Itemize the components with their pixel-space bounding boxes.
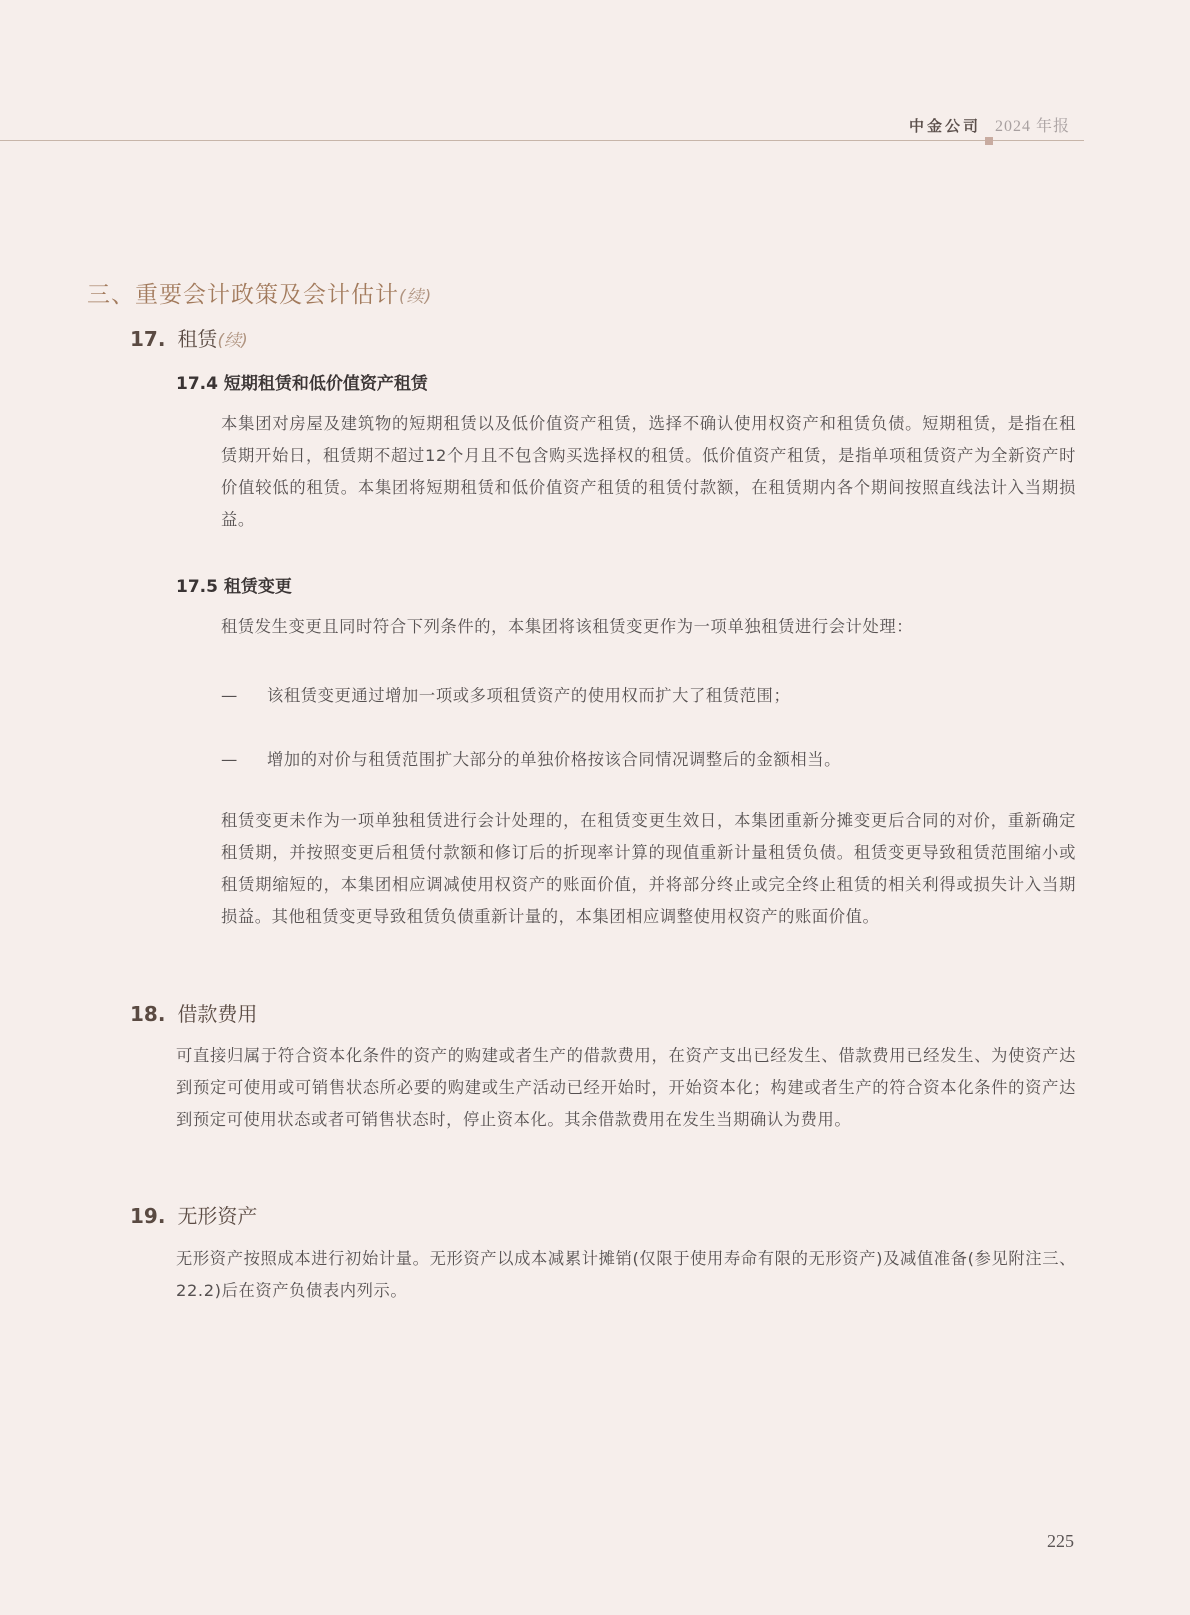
page-number: 225 (1047, 1531, 1074, 1552)
header-company: 中金公司 (909, 117, 981, 135)
item-heading-17: 17.租赁(续) (130, 323, 248, 352)
bullet-item: —该租赁变更通过增加一项或多项租赁资产的使用权而扩大了租赁范围； (221, 682, 790, 706)
paragraph-17-5-closing: 租赁变更未作为一项单独租赁进行会计处理的，在租赁变更生效日，本集团重新分摊变更后… (221, 805, 1076, 933)
item-number: 18. (130, 1002, 165, 1026)
bullet-text: 该租赁变更通过增加一项或多项租赁资产的使用权而扩大了租赁范围； (267, 686, 790, 705)
item-heading-19: 19.无形资产 (130, 1200, 257, 1229)
subsection-heading-17-5: 17.5 租赁变更 (176, 572, 292, 597)
header-rule (0, 140, 1084, 141)
paragraph-19: 无形资产按照成本进行初始计量。无形资产以成本减累计摊销(仅限于使用寿命有限的无形… (176, 1243, 1076, 1307)
subsection-title: 租赁变更 (224, 577, 292, 597)
paragraph-17-4: 本集团对房屋及建筑物的短期租赁以及低价值资产租赁，选择不确认使用权资产和租赁负债… (221, 408, 1076, 536)
subsection-heading-17-4: 17.4 短期租赁和低价值资产租赁 (176, 369, 428, 394)
item-title: 无形资产 (177, 1204, 257, 1228)
header-report-title: 2024 年报 (995, 118, 1070, 135)
section-title: 三、重要会计政策及会计估计(续) (87, 276, 432, 309)
bullet-text: 增加的对价与租赁范围扩大部分的单独价格按该合同情况调整后的金额相当。 (267, 750, 841, 769)
dash-icon: — (221, 750, 267, 769)
section-title-text: 三、重要会计政策及会计估计 (87, 282, 399, 308)
running-header: 中金公司2024 年报 (909, 113, 1070, 136)
subsection-number: 17.4 (176, 374, 218, 394)
header-marker-square (985, 137, 993, 145)
subsection-number: 17.5 (176, 577, 218, 597)
item-heading-18: 18.借款费用 (130, 998, 257, 1027)
subsection-title: 短期租赁和低价值资产租赁 (224, 374, 428, 394)
bullet-item: —增加的对价与租赁范围扩大部分的单独价格按该合同情况调整后的金额相当。 (221, 746, 841, 770)
item-title: 借款费用 (177, 1002, 257, 1026)
item-number: 17. (130, 327, 165, 351)
item-continued: (续) (217, 331, 247, 351)
paragraph-18: 可直接归属于符合资本化条件的资产的购建或者生产的借款费用，在资产支出已经发生、借… (176, 1040, 1076, 1136)
paragraph-17-5-intro: 租赁发生变更且同时符合下列条件的，本集团将该租赁变更作为一项单独租赁进行会计处理… (221, 611, 1076, 643)
dash-icon: — (221, 686, 267, 705)
item-title: 租赁 (177, 327, 217, 351)
section-continued: (续) (399, 287, 432, 307)
item-number: 19. (130, 1204, 165, 1228)
